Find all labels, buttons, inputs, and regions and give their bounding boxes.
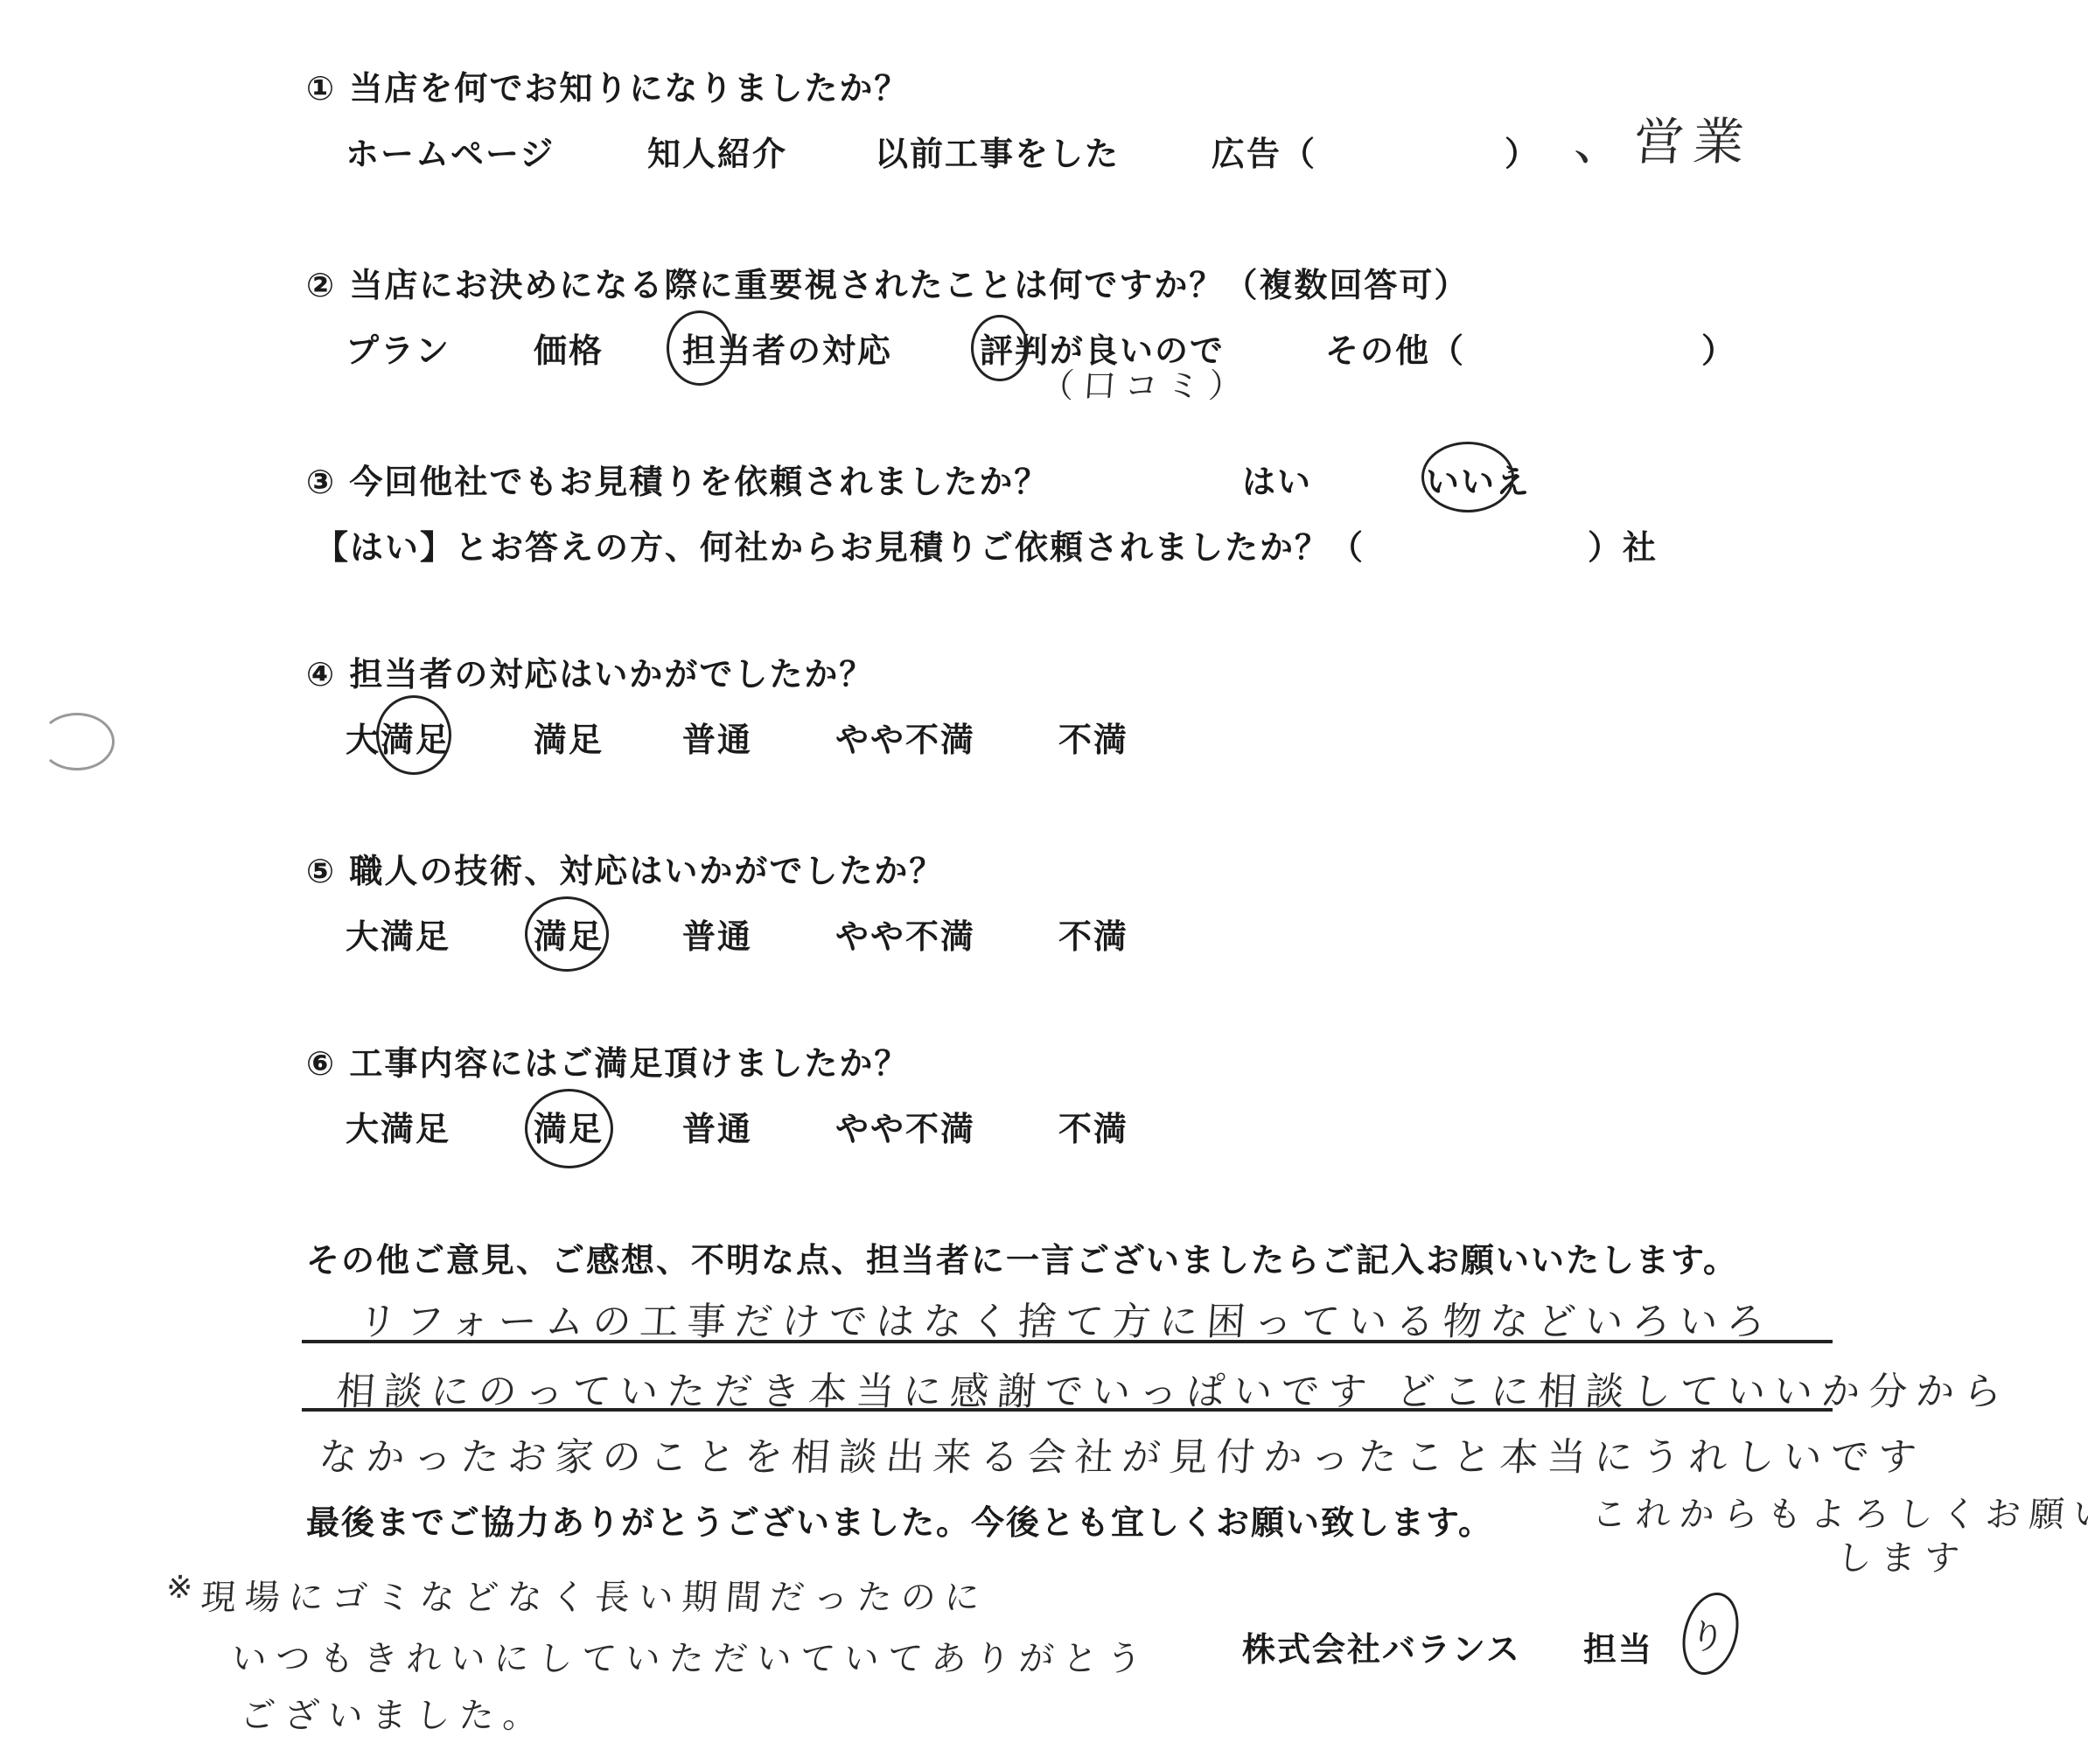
q4-selected-mark (376, 695, 451, 775)
q1-option-ad-open[interactable]: 広告（ (1212, 127, 1316, 175)
q2-selected-mark-reputation (971, 315, 1029, 381)
comment-rule-1 (302, 1340, 1833, 1343)
q4-question: ④ 担当者の対応はいかがでしたか？ (306, 647, 874, 695)
q1-option-previous-work[interactable]: 以前工事をした (875, 127, 1120, 175)
q4-option-neutral[interactable]: 普通 (682, 713, 752, 761)
q6-question: ⑥ 工事内容にはご満足頂けましたか？ (306, 1036, 909, 1084)
q3-followup: 【はい】とお答えの方、何社からお見積りご依頼されましたか？（ (315, 520, 1365, 568)
comment-rule-2 (302, 1408, 1833, 1412)
q4-option-dissatisfied[interactable]: 不満 (1058, 713, 1128, 761)
q1-option-referral[interactable]: 知人紹介 (647, 127, 787, 175)
comment-line-3: なかったお家のことを相談出来る会社が見付かったこと本当にうれしいです (318, 1426, 1927, 1482)
company-name: 株式会社バランス (1242, 1622, 1521, 1670)
footnote-mark: ※ (165, 1570, 203, 1606)
q2-option-other-close: ） (1701, 324, 1736, 372)
comments-prompt: その他ご意見、ご感想、不明な点、担当者に一言ございましたらご記入お願いいたします… (306, 1233, 1738, 1281)
comment-side-note-2: します (1835, 1530, 1970, 1580)
q2-option-price[interactable]: 価格 (534, 324, 604, 372)
q2-option-plan[interactable]: プラン (346, 324, 450, 372)
q6-option-dissatisfied[interactable]: 不満 (1058, 1102, 1128, 1150)
q2-handwritten-note: （口コミ） (1039, 359, 1253, 407)
staff-initial: り (1688, 1609, 1727, 1659)
q2-selected-mark-staff (667, 310, 733, 386)
footnote-line-3: ございました。 (239, 1688, 548, 1738)
q6-selected-mark (525, 1089, 613, 1168)
q2-option-other-open[interactable]: その他（ (1325, 324, 1465, 372)
q5-option-neutral[interactable]: 普通 (682, 910, 752, 958)
q5-question: ⑤ 職人の技術、対応はいかがでしたか？ (306, 844, 944, 892)
q6-option-neutral[interactable]: 普通 (682, 1102, 752, 1150)
q5-option-somewhat-dissatisfied[interactable]: やや不満 (835, 910, 975, 958)
q1-question: ① 当店を何でお知りになりましたか？ (306, 61, 909, 109)
q6-option-very-satisfied[interactable]: 大満足 (346, 1102, 450, 1150)
footnote-line-1: 現場にゴミなどなく長い期間だったのに (199, 1570, 990, 1620)
comment-line-1: リフォームの工事だけではなく捨て方に困っている物などいろいろ (357, 1290, 1776, 1346)
q5-option-dissatisfied[interactable]: 不満 (1058, 910, 1128, 958)
q3-followup-end: ）社 (1588, 520, 1658, 568)
q1-option-ad-close: ） (1505, 127, 1540, 175)
q1-handwritten-answer: 、営業 (1572, 101, 1756, 174)
q3-question: ③ 今回他社でもお見積りを依頼されましたか？ (306, 455, 1049, 503)
q5-option-very-satisfied[interactable]: 大満足 (346, 910, 450, 958)
punch-hole (39, 713, 115, 770)
q2-question: ② 当店にお決めになる際に重要視されたことは何ですか？（複数回答可） (306, 258, 1469, 306)
q3-option-yes[interactable]: はい (1242, 455, 1312, 503)
q5-selected-mark (525, 896, 609, 972)
q4-option-somewhat-dissatisfied[interactable]: やや不満 (835, 713, 975, 761)
staff-label: 担当 (1583, 1622, 1653, 1670)
q4-option-satisfied[interactable]: 満足 (534, 713, 604, 761)
q3-selected-mark-no (1421, 442, 1514, 512)
q6-option-somewhat-dissatisfied[interactable]: やや不満 (835, 1102, 975, 1150)
comment-side-note-1: これからもよろしくお願い (1590, 1487, 2088, 1537)
footnote-line-2: いつもきれいにしていただいていてありがとう (230, 1631, 1152, 1681)
closing-message: 最後までご協力ありがとうございました。今後とも宜しくお願い致します。 (306, 1496, 1493, 1544)
q1-option-homepage[interactable]: ホームページ (346, 127, 555, 175)
